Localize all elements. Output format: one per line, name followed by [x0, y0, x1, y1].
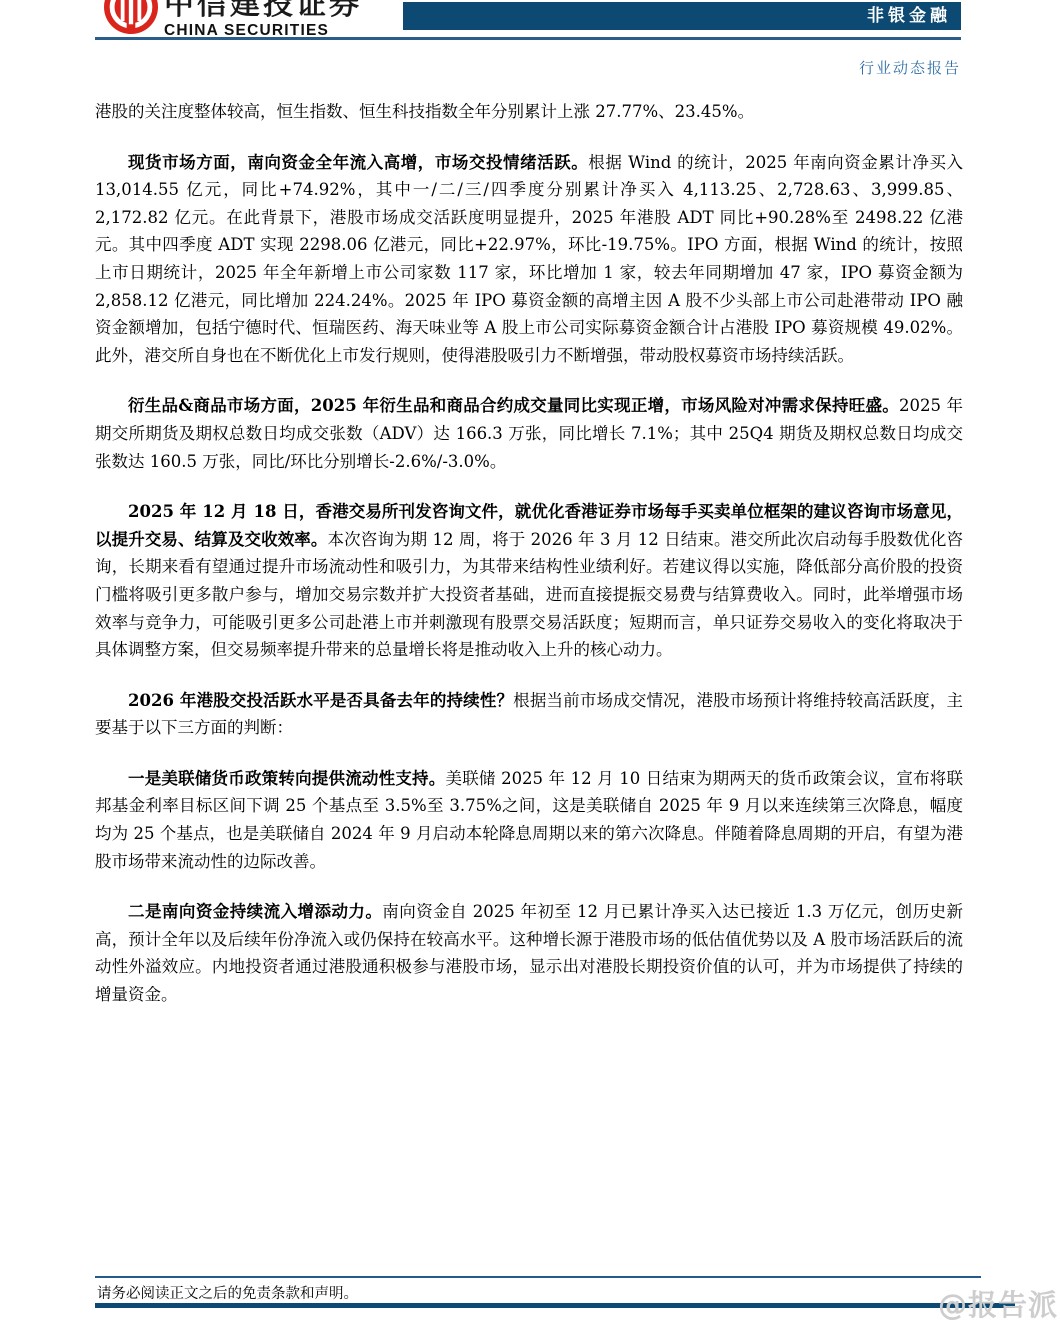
paragraph-lead-bold: 一是美联储货币政策转向提供流动性支持。 [128, 769, 445, 788]
paragraph-text: 港股的关注度整体较高，恒生指数、恒生科技指数全年分别累计上涨 27.77%、23… [95, 102, 754, 121]
report-type-label: 行业动态报告 [95, 57, 961, 78]
industry-category-badge: 非银金融 [403, 2, 961, 30]
paragraph: 港股的关注度整体较高，恒生指数、恒生科技指数全年分别累计上涨 27.77%、23… [95, 98, 963, 126]
paragraph-lead-bold: 衍生品&商品市场方面，2025 年衍生品和商品合约成交量同比实现正增，市场风险对… [128, 396, 899, 415]
footer-divider-bottom [95, 1303, 1015, 1308]
footer-divider-top [95, 1276, 981, 1278]
paragraph-lead-bold: 2026 年港股交投活跃水平是否具备去年的持续性？ [128, 691, 513, 710]
paragraph-lead-bold: 现货市场方面，南向资金全年流入高增，市场交投情绪活跃。 [128, 153, 588, 172]
watermark-label: @报告派 [938, 1283, 1058, 1320]
footer-disclaimer: 请务必阅读正文之后的免责条款和声明。 [97, 1282, 797, 1303]
paragraph: 一是美联储货币政策转向提供流动性支持。美联储 2025 年 12 月 10 日结… [95, 765, 963, 875]
paragraph: 衍生品&商品市场方面，2025 年衍生品和商品合约成交量同比实现正增，市场风险对… [95, 392, 963, 475]
report-page: 中信建投证券 CHINA SECURITIES 非银金融 行业动态报告 港股的关… [0, 0, 1060, 1320]
paragraph: 2025 年 12 月 18 日，香港交易所刊发咨询文件，就优化香港证券市场每手… [95, 498, 963, 664]
citic-logo-icon [104, 0, 158, 34]
paragraph: 现货市场方面，南向资金全年流入高增，市场交投情绪活跃。根据 Wind 的统计，2… [95, 149, 963, 370]
paragraph-lead-bold: 二是南向资金持续流入增添动力。 [128, 902, 382, 921]
paragraph-text: 根据 Wind 的统计，2025 年南向资金累计净买入 13,014.55 亿元… [95, 153, 963, 365]
logo-text: 中信建投证券 CHINA SECURITIES [164, 0, 424, 40]
paragraph: 二是南向资金持续流入增添动力。南向资金自 2025 年初至 12 月已累计净买入… [95, 898, 963, 1008]
paragraph-text: 本次咨询为期 12 周，将于 2026 年 3 月 12 日结束。港交所此次启动… [95, 530, 963, 659]
header-divider [95, 37, 961, 40]
paragraph: 2026 年港股交投活跃水平是否具备去年的持续性？根据当前市场成交情况，港股市场… [95, 687, 963, 742]
body-content: 港股的关注度整体较高，恒生指数、恒生科技指数全年分别累计上涨 27.77%、23… [95, 98, 963, 1032]
logo-name-cn: 中信建投证券 [164, 0, 424, 20]
